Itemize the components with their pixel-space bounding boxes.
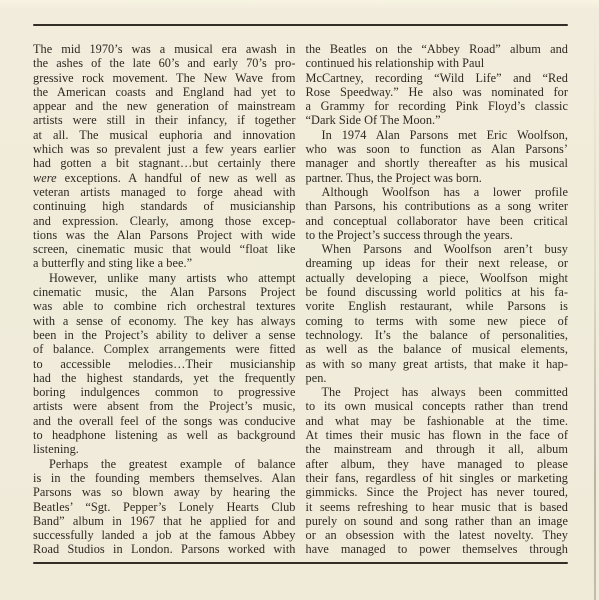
text-line: pen. bbox=[306, 371, 569, 385]
liner-notes-page: The mid 1970’s was a musical era awash i… bbox=[0, 0, 599, 600]
text-line: the American coasts and England had yet … bbox=[33, 85, 296, 99]
text-line: the ashes of the late 60’s and early 70’… bbox=[33, 56, 296, 70]
text-line: and what may be fashionable at the time. bbox=[306, 414, 569, 428]
text-line: gressive rock movement. The New Wave fro… bbox=[33, 71, 296, 85]
scan-edge-shadow bbox=[594, 0, 596, 600]
text-line: their fans, regardless of hit singles or… bbox=[306, 471, 569, 485]
text-line: been in the Project’s ability to deliver… bbox=[33, 328, 296, 342]
text-line: actually developing a piece, Woolfson mi… bbox=[306, 271, 569, 285]
text-line: manager and shortly thereafter as his mu… bbox=[306, 156, 569, 170]
text-line: was able to combine rich orchestral text… bbox=[33, 299, 296, 313]
text-line: and the overall feel of the songs was co… bbox=[33, 414, 296, 428]
text-line: McCartney, recording “Wild Life” and “Re… bbox=[306, 71, 569, 85]
text-line: than Parsons, his contributions as a son… bbox=[306, 199, 569, 213]
text-line: is in the founding members themselves. A… bbox=[33, 471, 296, 485]
text-line: artists were still in their infancy, if … bbox=[33, 113, 296, 127]
text-line: it seems refreshing to hear music that i… bbox=[306, 500, 569, 514]
text-line: to headphone listening as well as backgr… bbox=[33, 428, 296, 442]
text-line: Rose Speedway.” He also was nominated fo… bbox=[306, 85, 569, 99]
text-line: Parsons was so blown away by hearing the bbox=[33, 485, 296, 499]
text-line: be found discussing world politics at hi… bbox=[306, 285, 569, 299]
text-line: and conceptual collaborator have been cr… bbox=[306, 214, 569, 228]
column-left: The mid 1970’s was a musical era awash i… bbox=[33, 42, 296, 557]
text-line: screen, cinematic music that would “floa… bbox=[33, 242, 296, 256]
text-line: a Grammy for recording Pink Floyd’s clas… bbox=[306, 99, 569, 113]
text-line: had gotten a bit stagnant…but certainly … bbox=[33, 156, 296, 170]
text-line: partner. Thus, the Project was born. bbox=[306, 171, 569, 185]
text-line: to accessible melodies…Their musicianshi… bbox=[33, 357, 296, 371]
text-line: artists were absent from the Project’s m… bbox=[33, 399, 296, 413]
text-line: vorite English restaurant, while Parsons… bbox=[306, 299, 569, 313]
text-line: However, unlike many artists who attempt bbox=[33, 271, 296, 285]
text-line: which was so prevalent just a few years … bbox=[33, 142, 296, 156]
text-line: successfully landed a job at the famous … bbox=[33, 528, 296, 542]
text-line: continued his relationship with Paul bbox=[306, 56, 569, 70]
text-line: boring indulgences common to progressive bbox=[33, 385, 296, 399]
text-columns: The mid 1970’s was a musical era awash i… bbox=[33, 42, 568, 557]
text-line: “Dark Side Of The Moon.” bbox=[306, 113, 569, 127]
text-line: of balance. Complex arrangements were fi… bbox=[33, 342, 296, 356]
text-line: and expression. Clearly, among those exc… bbox=[33, 214, 296, 228]
text-line: tions was the Alan Parsons Project with … bbox=[33, 228, 296, 242]
text-line: In 1974 Alan Parsons met Eric Woolfson, bbox=[306, 128, 569, 142]
text-line: coming to terms with some new piece of bbox=[306, 314, 569, 328]
top-rule bbox=[33, 24, 568, 26]
text-line: to its own musical concepts rather than … bbox=[306, 399, 569, 413]
text-line: have managed to power themselves through bbox=[306, 542, 569, 556]
text-line: a butterfly and sting like a bee.” bbox=[33, 256, 296, 270]
text-line: who was soon to function as Alan Parsons… bbox=[306, 142, 569, 156]
text-line: or an obsession with the latest novelty.… bbox=[306, 528, 569, 542]
text-line: cinematic music, the Alan Parsons Projec… bbox=[33, 285, 296, 299]
text-line: purely on sound and song rather than an … bbox=[306, 514, 569, 528]
text-line: as with so many great artists, that make… bbox=[306, 357, 569, 371]
text-line: continuing high standards of musicianshi… bbox=[33, 199, 296, 213]
text-line: gimmicks. Since the Project has never to… bbox=[306, 485, 569, 499]
text-line: technology. It’s the balance of personal… bbox=[306, 328, 569, 342]
text-line: after album, they have managed to please bbox=[306, 457, 569, 471]
text-line: the Beatles on the “Abbey Road” album an… bbox=[306, 42, 569, 56]
text-line: When Parsons and Woolfson aren’t busy bbox=[306, 242, 569, 256]
text-line: At times their music has flown in the fa… bbox=[306, 428, 569, 442]
text-line: veteran artists managed to forge ahead w… bbox=[33, 185, 296, 199]
text-line: dreaming up ideas for their next release… bbox=[306, 256, 569, 270]
text-line: were exceptions. A handful of new as wel… bbox=[33, 171, 296, 185]
text-line: Road Studios in London. Parsons worked w… bbox=[33, 542, 296, 556]
text-line: Band” album in 1967 that he applied for … bbox=[33, 514, 296, 528]
text-line: The mid 1970’s was a musical era awash i… bbox=[33, 42, 296, 56]
text-line: Perhaps the greatest example of balance bbox=[33, 457, 296, 471]
text-line: listening. bbox=[33, 442, 296, 456]
bottom-rule bbox=[33, 562, 568, 564]
text-line: at all. The musical euphoria and innovat… bbox=[33, 128, 296, 142]
text-line: with a sense of economy. The key has alw… bbox=[33, 314, 296, 328]
text-line: the mainstream and through it all, album bbox=[306, 442, 569, 456]
text-line: Although Woolfson has a lower profile bbox=[306, 185, 569, 199]
text-line: The Project has always been committed bbox=[306, 385, 569, 399]
text-line: appear and the new generation of mainstr… bbox=[33, 99, 296, 113]
text-line: to the Project’s success through the yea… bbox=[306, 228, 569, 242]
text-line: Beatles’ “Sgt. Pepper’s Lonely Hearts Cl… bbox=[33, 500, 296, 514]
text-line: as well as the balance of musical elemen… bbox=[306, 342, 569, 356]
column-right: the Beatles on the “Abbey Road” album an… bbox=[306, 42, 569, 557]
text-line: had the highest standards, yet the frequ… bbox=[33, 371, 296, 385]
